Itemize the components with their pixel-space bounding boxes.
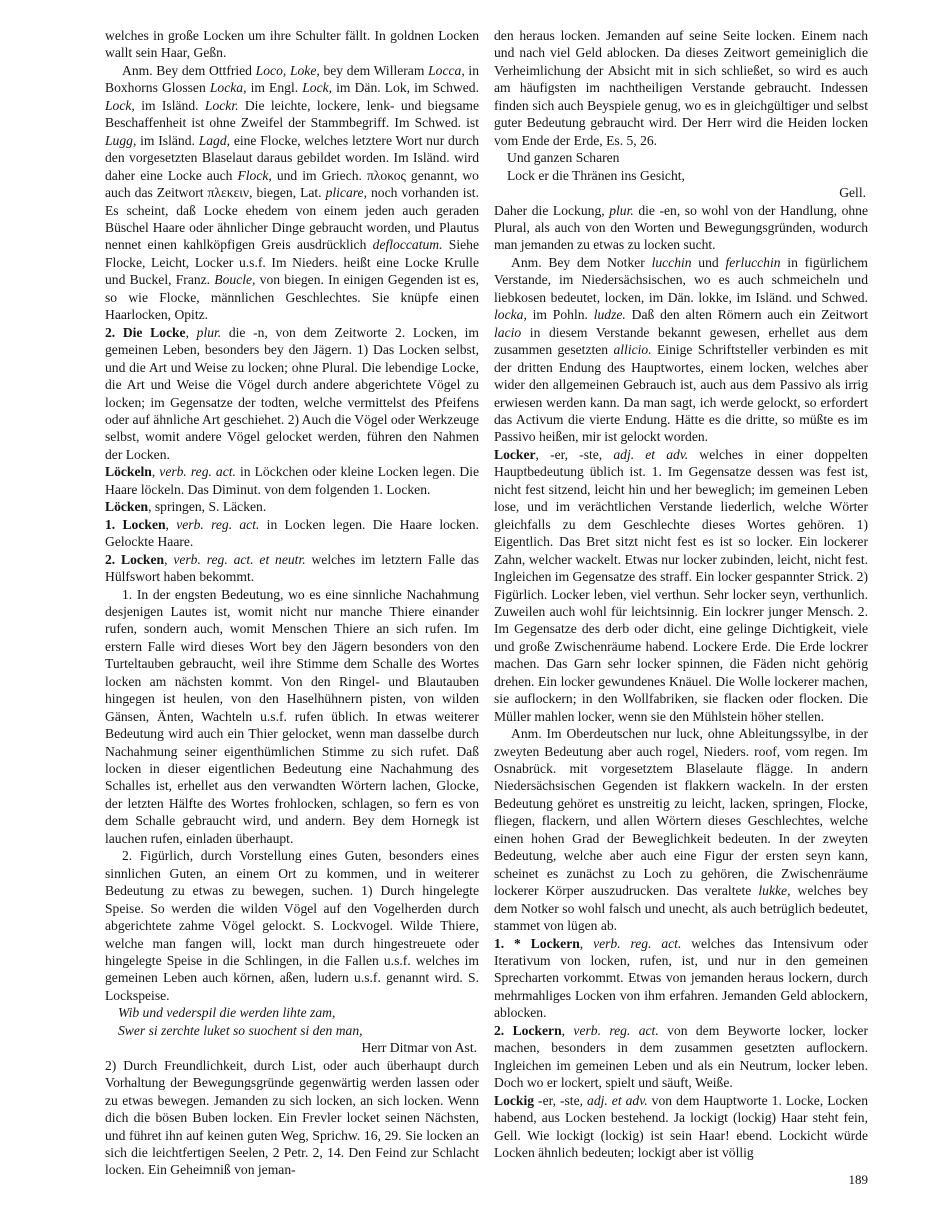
- dictionary-entry: 2. Die Locke, plur. die -n, von dem Zeit…: [105, 324, 479, 464]
- left-column: welches in große Locken um ihre Schulter…: [105, 27, 479, 1179]
- dictionary-entry: Löcken, springen, S. Läcken.: [105, 498, 479, 515]
- paragraph: Anm. Im Oberdeutschen nur luck, ohne Abl…: [494, 725, 868, 934]
- verse-line: Wib und vederspil die werden lihte zam,: [105, 1004, 479, 1021]
- verse-line: Und ganzen Scharen: [494, 149, 868, 166]
- paragraph: Anm. Bey dem Notker lucchin und ferlucch…: [494, 254, 868, 446]
- dictionary-entry: Locker, -er, -ste, adj. et adv. welches …: [494, 446, 868, 725]
- verse-line: Lock er die Thränen ins Gesicht,: [494, 167, 868, 184]
- verse-line: Swer si zerchte luket so suochent si den…: [105, 1022, 479, 1039]
- page-number: 189: [849, 1172, 869, 1188]
- paragraph: Anm. Bey dem Ottfried Loco, Loke, bey de…: [105, 62, 479, 324]
- attribution: Gell.: [494, 184, 868, 201]
- paragraph: 2) Durch Freundlichkeit, durch List, ode…: [105, 1057, 479, 1179]
- right-column: den heraus locken. Jemanden auf seine Se…: [494, 27, 868, 1179]
- dictionary-entry: 2. Lockern, verb. reg. act. von dem Beyw…: [494, 1022, 868, 1092]
- paragraph: den heraus locken. Jemanden auf seine Se…: [494, 27, 868, 149]
- paragraph: welches in große Locken um ihre Schulter…: [105, 27, 479, 62]
- paragraph: 1. In der engsten Bedeutung, wo es eine …: [105, 586, 479, 848]
- dictionary-entry: 2. Locken, verb. reg. act. et neutr. wel…: [105, 551, 479, 586]
- dictionary-entry: Löckeln, verb. reg. act. in Löckchen ode…: [105, 463, 479, 498]
- dictionary-page: welches in große Locken um ihre Schulter…: [0, 0, 935, 1210]
- paragraph: Daher die Lockung, plur. die -en, so woh…: [494, 202, 868, 254]
- paragraph: 2. Figürlich, durch Vorstellung eines Gu…: [105, 847, 479, 1004]
- dictionary-entry: 1. * Lockern, verb. reg. act. welches da…: [494, 935, 868, 1022]
- attribution: Herr Ditmar von Ast.: [105, 1039, 479, 1056]
- text-columns: welches in große Locken um ihre Schulter…: [105, 27, 868, 1179]
- dictionary-entry: Lockig -er, -ste, adj. et adv. von dem H…: [494, 1092, 868, 1162]
- dictionary-entry: 1. Locken, verb. reg. act. in Locken leg…: [105, 516, 479, 551]
